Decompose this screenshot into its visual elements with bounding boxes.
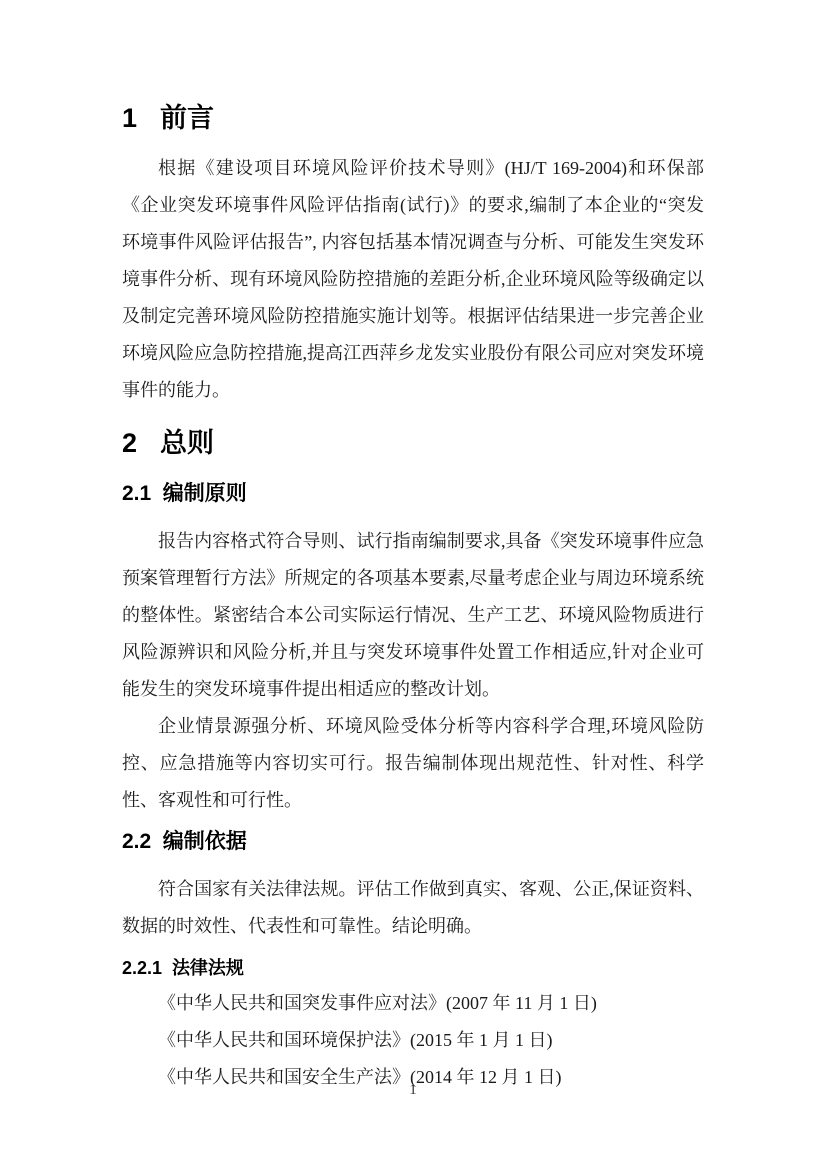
heading-basis: 2.2编制依据 [122, 827, 704, 857]
heading-preface-number: 1 [122, 103, 137, 133]
heading-preface-title: 前言 [160, 103, 214, 133]
paragraph-principles-1: 报告内容格式符合导则、试行指南编制要求,具备《突发环境事件应急预案管理暂行方法》… [122, 523, 704, 708]
heading-principles-title: 编制原则 [163, 482, 247, 505]
heading-preface: 1前言 [122, 100, 704, 136]
heading-general-title: 总则 [160, 428, 214, 458]
law-item: 《中华人民共和国环境保护法》(2015 年 1 月 1 日) [122, 1022, 704, 1059]
heading-principles: 2.1编制原则 [122, 479, 704, 509]
paragraph-preface: 根据《建设项目环境风险评价技术导则》(HJ/T 169-2004)和环保部《企业… [122, 150, 704, 409]
heading-general-number: 2 [122, 428, 137, 458]
heading-basis-number: 2.2 [122, 830, 151, 853]
heading-principles-number: 2.1 [122, 482, 151, 505]
document-page: 1前言 根据《建设项目环境风险评价技术导则》(HJ/T 169-2004)和环保… [0, 0, 826, 1169]
heading-laws-title: 法律法规 [172, 958, 244, 978]
law-item: 《中华人民共和国突发事件应对法》(2007 年 11 月 1 日) [122, 985, 704, 1022]
heading-laws-number: 2.2.1 [122, 958, 162, 978]
heading-laws: 2.2.1法律法规 [122, 955, 704, 981]
heading-basis-title: 编制依据 [163, 830, 247, 853]
paragraph-basis: 符合国家有关法律法规。评估工作做到真实、客观、公正,保证资料、数据的时效性、代表… [122, 871, 704, 945]
document-content: 1前言 根据《建设项目环境风险评价技术导则》(HJ/T 169-2004)和环保… [0, 0, 826, 1096]
heading-general: 2总则 [122, 425, 704, 461]
paragraph-principles-2: 企业情景源强分析、环境风险受体分析等内容科学合理,环境风险防控、应急措施等内容切… [122, 708, 704, 819]
page-number: 1 [0, 1082, 826, 1099]
law-list: 《中华人民共和国突发事件应对法》(2007 年 11 月 1 日) 《中华人民共… [122, 985, 704, 1096]
